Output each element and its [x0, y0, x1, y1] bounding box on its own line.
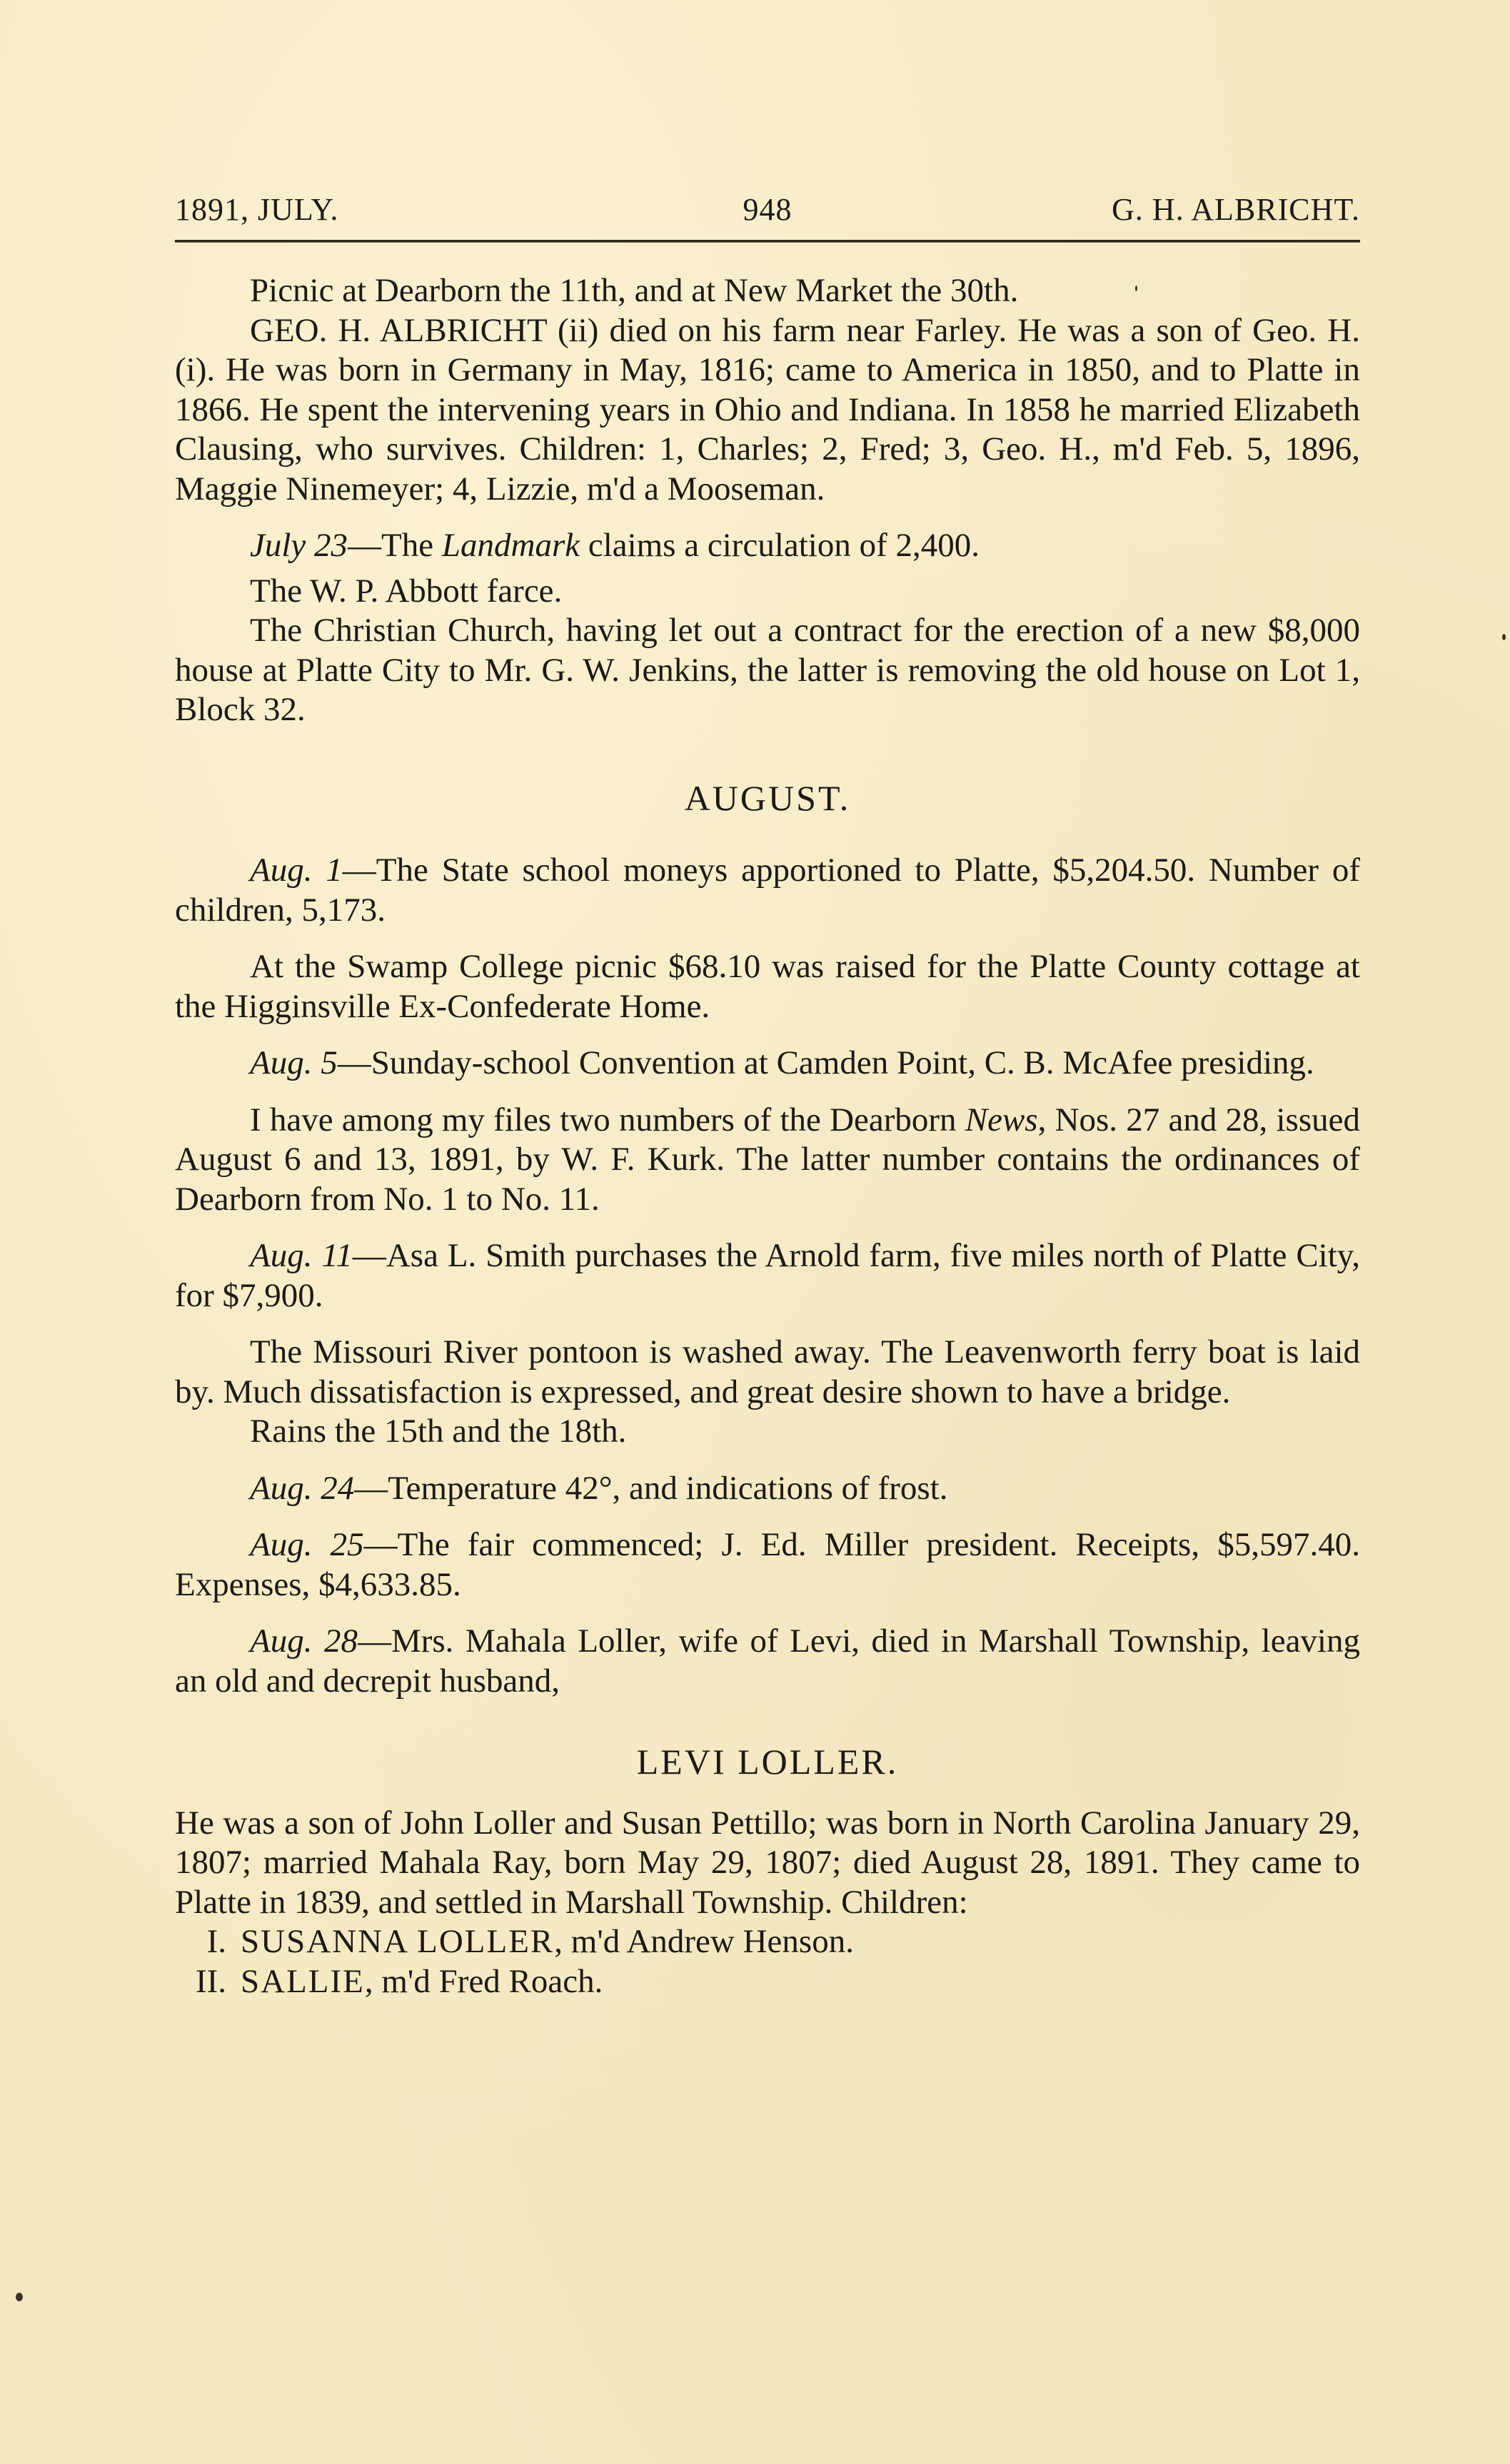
- entry-aug-25: Aug. 25—The fair commenced; J. Ed. Mille…: [175, 1525, 1360, 1605]
- entry-aug-28: Aug. 28—Mrs. Mahala Loller, wife of Levi…: [175, 1622, 1360, 1701]
- running-head-subject: G. H. ALBRICHT.: [1112, 191, 1360, 228]
- child-entry: I. SUSANNA LOLLER, m'd Andrew Henson.: [175, 1922, 1360, 1962]
- entry-date: Aug. 25: [250, 1526, 364, 1563]
- newspaper-title: Landmark: [442, 527, 580, 564]
- entry-date: July 23: [250, 527, 348, 564]
- child-entry: II. SALLIE, m'd Fred Roach.: [175, 1962, 1360, 2002]
- paragraph-christian-church: The Christian Church, having let out a c…: [175, 611, 1360, 730]
- page-body: Picnic at Dearborn the 11th, and at New …: [175, 271, 1360, 2001]
- paragraph-albricht-obituary: GEO. H. ALBRICHT (ii) died on his farm n…: [175, 311, 1360, 510]
- entry-date: Aug. 24: [250, 1470, 354, 1507]
- child-number: II.: [175, 1962, 241, 2002]
- entry-date: Aug. 1: [250, 852, 343, 889]
- paper-speck: [1135, 286, 1137, 291]
- entry-date: Aug. 28: [250, 1622, 358, 1660]
- entry-aug-1: Aug. 1—The State school moneys apportion…: [175, 851, 1360, 930]
- paragraph-levi-loller-bio: He was a son of John Loller and Susan Pe…: [175, 1804, 1360, 1923]
- newspaper-title: News: [965, 1101, 1038, 1138]
- entry-aug-5: Aug. 5—Sunday-school Convention at Camde…: [175, 1044, 1360, 1084]
- child-name: SALLIE: [241, 1963, 365, 2000]
- entry-date: Aug. 5: [250, 1044, 338, 1081]
- paragraph-swamp-college: At the Swamp College picnic $68.10 was r…: [175, 947, 1360, 1026]
- entry-date: Aug. 11: [250, 1237, 353, 1274]
- paragraph-picnic: Picnic at Dearborn the 11th, and at New …: [175, 271, 1360, 311]
- paragraph-abbott-farce: The W. P. Abbott farce.: [175, 572, 1360, 612]
- paragraph-rains: Rains the 15th and the 18th.: [175, 1412, 1360, 1452]
- child-name: SUSANNA LOLLER: [241, 1923, 554, 1960]
- section-heading-august: AUGUST.: [175, 779, 1360, 819]
- paragraph-dearborn-news: I have among my files two numbers of the…: [175, 1101, 1360, 1220]
- children-list: I. SUSANNA LOLLER, m'd Andrew Henson. II…: [175, 1922, 1360, 2001]
- book-page: 1891, JULY. 948 G. H. ALBRICHT. Picnic a…: [175, 191, 1360, 2001]
- entry-aug-24: Aug. 24—Temperature 42°, and indications…: [175, 1469, 1360, 1509]
- paper-speck: [16, 2293, 23, 2301]
- running-head: 1891, JULY. 948 G. H. ALBRICHT.: [175, 191, 1360, 234]
- entry-july-23: July 23—The Landmark claims a circulatio…: [175, 526, 1360, 566]
- paper-speck: [1502, 634, 1506, 640]
- section-heading-levi-loller: LEVI LOLLER.: [175, 1742, 1360, 1782]
- child-number: I.: [175, 1922, 241, 1962]
- header-rule: [175, 240, 1360, 243]
- paragraph-missouri-river: The Missouri River pontoon is washed awa…: [175, 1333, 1360, 1412]
- entry-aug-11: Aug. 11—Asa L. Smith purchases the Arnol…: [175, 1236, 1360, 1316]
